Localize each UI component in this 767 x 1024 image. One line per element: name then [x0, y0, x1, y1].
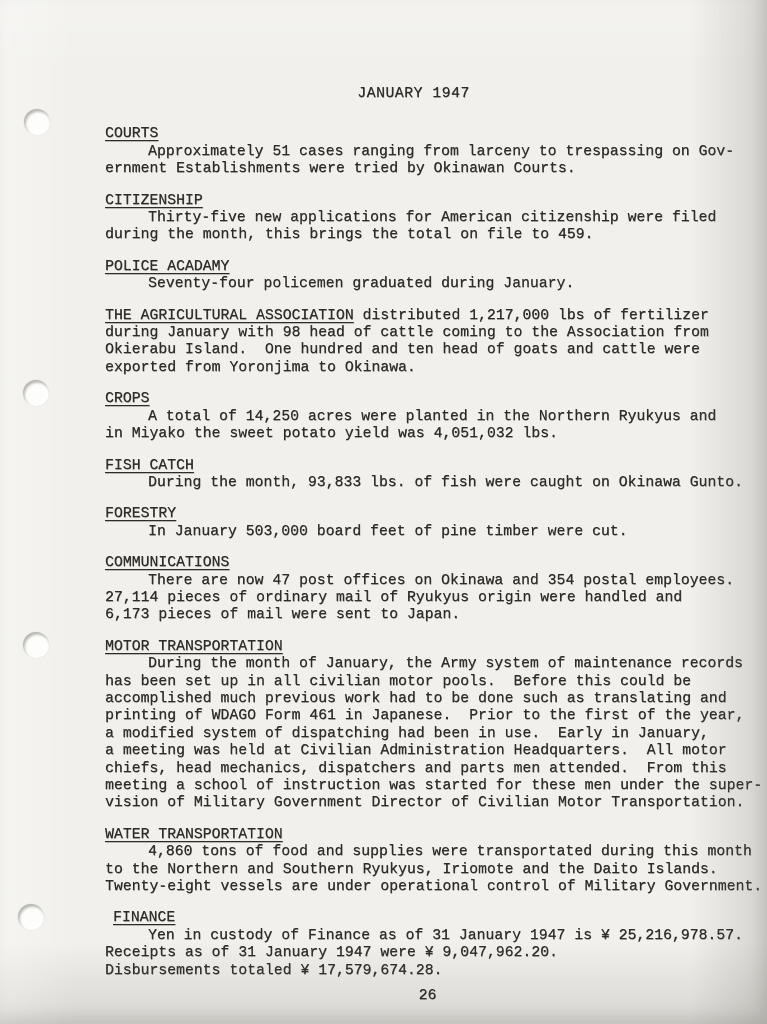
paragraph-line: During the month of January, the Army sy…: [105, 656, 767, 673]
paragraph-line: Twenty-eight vessels are under operation…: [105, 879, 767, 896]
punch-hole: [23, 380, 49, 406]
paragraph-line: ernment Establishments were tried by Oki…: [105, 161, 767, 178]
paragraph-line: 4,860 tons of food and supplies were tra…: [105, 844, 767, 861]
section-water-transportation: WATER TRANSPORTATION 4,860 tons of food …: [105, 827, 767, 897]
paragraph-line: accomplished much previous work had to b…: [105, 691, 767, 708]
paragraph-line: exported from Yoronjima to Okinawa.: [105, 360, 767, 377]
paragraph-line: Seventy-four policemen graduated during …: [105, 276, 767, 293]
paragraph-line: meeting a school of instruction was star…: [105, 778, 767, 795]
section-citizenship: CITIZENSHIP Thirty-five new applications…: [105, 193, 767, 245]
section-motor-transportation: MOTOR TRANSPORTATION During the month of…: [105, 639, 767, 813]
paragraph-line: during the month, this brings the total …: [105, 227, 767, 244]
section-heading: POLICE ACADAMY: [105, 259, 767, 276]
paragraph-line: a modified system of dispatching had bee…: [105, 726, 767, 743]
page-number: 26: [0, 988, 767, 1005]
punch-hole: [23, 632, 49, 658]
paragraph-line: Yen in custody of Finance as of 31 Janua…: [105, 928, 767, 945]
section-courts: COURTS Approximately 51 cases ranging fr…: [105, 126, 767, 178]
paragraph-line: In January 503,000 board feet of pine ti…: [105, 524, 767, 541]
punch-hole: [24, 109, 50, 135]
document-title: JANUARY 1947: [105, 86, 767, 103]
section-crops: CROPS A total of 14,250 acres were plant…: [105, 391, 767, 443]
paragraph-line: to the Northern and Southern Ryukyus, Ir…: [105, 862, 767, 879]
section-heading: FISH CATCH: [105, 458, 767, 475]
paragraph-line: a meeting was held at Civilian Administr…: [105, 743, 767, 760]
section-forestry: FORESTRY In January 503,000 board feet o…: [105, 506, 767, 541]
heading-rest-text: distributed 1,217,000 lbs of fertilizer: [354, 308, 709, 324]
paragraph-line: in Miyako the sweet potato yield was 4,0…: [105, 426, 767, 443]
paragraph-line: vision of Military Government Director o…: [105, 795, 767, 812]
section-heading-inline: THE AGRICULTURAL ASSOCIATION: [105, 308, 354, 324]
section-heading: WATER TRANSPORTATION: [105, 827, 767, 844]
paragraph-line: Disbursements totaled ¥ 17,579,674.28.: [105, 963, 767, 980]
paragraph-line: 27,114 pieces of ordinary mail of Ryukyu…: [105, 590, 767, 607]
section-finance: FINANCE Yen in custody of Finance as of …: [105, 910, 767, 980]
document-page: JANUARY 1947 COURTS Approximately 51 cas…: [0, 0, 767, 1024]
section-heading: COMMUNICATIONS: [105, 555, 767, 572]
paragraph-line: Okierabu Island. One hundred and ten hea…: [105, 342, 767, 359]
section-heading: CITIZENSHIP: [105, 193, 767, 210]
paragraph-line: There are now 47 post offices on Okinawa…: [105, 573, 767, 590]
paragraph-line: Receipts as of 31 January 1947 were ¥ 9,…: [105, 945, 767, 962]
paragraph-line: Approximately 51 cases ranging from larc…: [105, 144, 767, 161]
section-heading: COURTS: [105, 126, 767, 143]
paragraph-line: During the month, 93,833 lbs. of fish we…: [105, 475, 767, 492]
paragraph-line: 6,173 pieces of mail were sent to Japan.: [105, 607, 767, 624]
punch-hole: [18, 904, 44, 930]
paragraph-line: Thirty-five new applications for America…: [105, 210, 767, 227]
paragraph-line: THE AGRICULTURAL ASSOCIATION distributed…: [105, 308, 767, 325]
paragraph-line: during January with 98 head of cattle co…: [105, 325, 767, 342]
section-heading: FORESTRY: [105, 506, 767, 523]
paragraph-line: has been set up in all civilian motor po…: [105, 674, 767, 691]
section-heading: CROPS: [105, 391, 767, 408]
section-heading: MOTOR TRANSPORTATION: [105, 639, 767, 656]
paragraph-line: printing of WDAGO Form 461 in Japanese. …: [105, 708, 767, 725]
section-agricultural-association: THE AGRICULTURAL ASSOCIATION distributed…: [105, 308, 767, 378]
section-fish-catch: FISH CATCH During the month, 93,833 lbs.…: [105, 458, 767, 493]
section-heading: FINANCE: [105, 910, 767, 927]
paragraph-line: chiefs, head mechanics, dispatchers and …: [105, 761, 767, 778]
section-communications: COMMUNICATIONS There are now 47 post off…: [105, 555, 767, 625]
section-police-acadamy: POLICE ACADAMY Seventy-four policemen gr…: [105, 259, 767, 294]
paragraph-line: A total of 14,250 acres were planted in …: [105, 409, 767, 426]
